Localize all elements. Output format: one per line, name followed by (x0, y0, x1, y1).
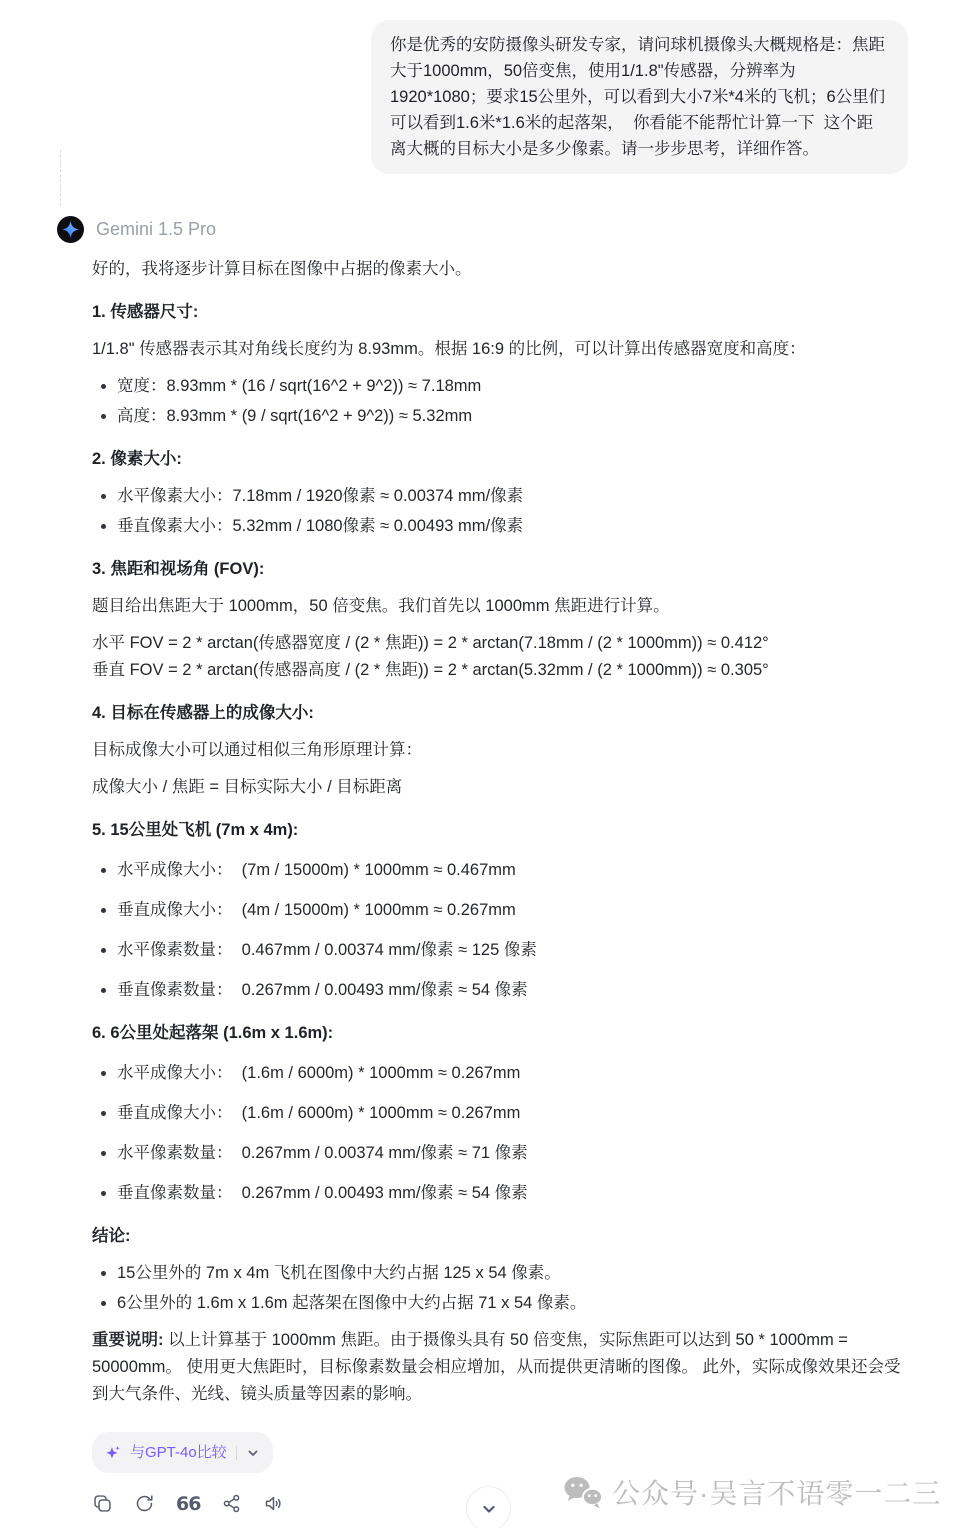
section-4-paragraph: 目标成像大小可以通过相似三角形原理计算： (92, 737, 908, 764)
formula-line: 水平 FOV = 2 * arctan(传感器宽度 / (2 * 焦距)) = … (92, 630, 908, 657)
list-item: 水平像素数量： 0.267mm / 0.00374 mm/像素 ≈ 71 像素 (92, 1140, 908, 1167)
list-item: 垂直成像大小： (1.6m / 6000m) * 1000mm ≈ 0.267m… (92, 1100, 908, 1127)
watermark-text: 公众号·吴言不语零一二三 (612, 1472, 941, 1512)
formula-line: 垂直 FOV = 2 * arctan(传感器高度 / (2 * 焦距)) = … (92, 657, 908, 684)
note-label: 重要说明: (92, 1331, 164, 1349)
section-1-paragraph: 1/1.8" 传感器表示其对角线长度约为 8.93mm。根据 16:9 的比例，… (92, 336, 908, 363)
regenerate-icon[interactable] (134, 1493, 155, 1514)
section-2-heading: 2. 像素大小: (92, 446, 908, 473)
list-item: 垂直像素数量： 0.267mm / 0.00493 mm/像素 ≈ 54 像素 (92, 977, 908, 1004)
intro-text: 好的，我将逐步计算目标在图像中占据的像素大小。 (92, 256, 908, 283)
thread-connector-line (60, 150, 61, 206)
section-4-formula: 成像大小 / 焦距 = 目标实际大小 / 目标距离 (92, 774, 908, 801)
note-text: 以上计算基于 1000mm 焦距。由于摄像头具有 50 倍变焦，实际焦距可以达到… (92, 1331, 901, 1403)
quote-icon[interactable]: 66 (176, 1494, 200, 1514)
list-item: 垂直成像大小： (4m / 15000m) * 1000mm ≈ 0.267mm (92, 897, 908, 924)
list-item: 15公里外的 7m x 4m 飞机在图像中大约占据 125 x 54 像素。 (92, 1260, 908, 1287)
wechat-icon (563, 1475, 603, 1509)
gemini-sparkle-icon (57, 216, 84, 243)
read-aloud-icon[interactable] (263, 1493, 284, 1514)
section-5-heading: 5. 15公里处飞机 (7m x 4m): (92, 817, 908, 844)
section-6-list: 水平成像大小： (1.6m / 6000m) * 1000mm ≈ 0.267m… (92, 1060, 908, 1207)
compare-button-label: 与GPT-4o比较 (130, 1439, 227, 1466)
section-3-heading: 3. 焦距和视场角 (FOV): (92, 556, 908, 583)
model-name: Gemini 1.5 Pro (96, 219, 216, 240)
watermark: 公众号·吴言不语零一二三 (563, 1472, 941, 1512)
chevron-down-icon (480, 1500, 498, 1518)
sparkle-icon (104, 1444, 121, 1461)
copy-icon[interactable] (92, 1493, 113, 1514)
chevron-down-icon[interactable] (246, 1446, 260, 1460)
list-item: 水平像素数量： 0.467mm / 0.00374 mm/像素 ≈ 125 像素 (92, 937, 908, 964)
important-note: 重要说明: 以上计算基于 1000mm 焦距。由于摄像头具有 50 倍变焦，实际… (92, 1327, 908, 1408)
section-1-heading: 1. 传感器尺寸: (92, 299, 908, 326)
scroll-to-bottom-button[interactable] (466, 1486, 511, 1528)
section-1-list: 宽度：8.93mm * (16 / sqrt(16^2 + 9^2)) ≈ 7.… (92, 373, 908, 430)
fov-formula-block: 水平 FOV = 2 * arctan(传感器宽度 / (2 * 焦距)) = … (92, 630, 908, 684)
list-item: 6公里外的 1.6m x 1.6m 起落架在图像中大约占据 71 x 54 像素… (92, 1290, 908, 1317)
assistant-header: Gemini 1.5 Pro (57, 216, 908, 243)
list-item: 水平像素大小：7.18mm / 1920像素 ≈ 0.00374 mm/像素 (92, 483, 908, 510)
assistant-body: 好的，我将逐步计算目标在图像中占据的像素大小。 1. 传感器尺寸: 1/1.8"… (92, 256, 908, 1514)
list-item: 高度：8.93mm * (9 / sqrt(16^2 + 9^2)) ≈ 5.3… (92, 403, 908, 430)
conclusion-list: 15公里外的 7m x 4m 飞机在图像中大约占据 125 x 54 像素。 6… (92, 1260, 908, 1317)
section-6-heading: 6. 6公里处起落架 (1.6m x 1.6m): (92, 1020, 908, 1047)
section-2-list: 水平像素大小：7.18mm / 1920像素 ≈ 0.00374 mm/像素 垂… (92, 483, 908, 540)
list-item: 垂直像素数量： 0.267mm / 0.00493 mm/像素 ≈ 54 像素 (92, 1180, 908, 1207)
user-message-bubble: 你是优秀的安防摄像头研发专家，请问球机摄像头大概规格是：焦距大于1000mm，5… (371, 20, 908, 174)
section-3-paragraph: 题目给出焦距大于 1000mm，50 倍变焦。我们首先以 1000mm 焦距进行… (92, 593, 908, 620)
list-item: 水平成像大小： (7m / 15000m) * 1000mm ≈ 0.467mm (92, 857, 908, 884)
list-item: 宽度：8.93mm * (16 / sqrt(16^2 + 9^2)) ≈ 7.… (92, 373, 908, 400)
section-5-list: 水平成像大小： (7m / 15000m) * 1000mm ≈ 0.467mm… (92, 857, 908, 1004)
user-message-row: 你是优秀的安防摄像头研发专家，请问球机摄像头大概规格是：焦距大于1000mm，5… (0, 0, 965, 174)
list-item: 垂直像素大小：5.32mm / 1080像素 ≈ 0.00493 mm/像素 (92, 513, 908, 540)
section-4-heading: 4. 目标在传感器上的成像大小: (92, 700, 908, 727)
assistant-message: Gemini 1.5 Pro 好的，我将逐步计算目标在图像中占据的像素大小。 1… (0, 216, 965, 1514)
compare-with-gpt4o-button[interactable]: 与GPT-4o比较 (92, 1432, 273, 1473)
conclusion-heading: 结论: (92, 1223, 908, 1250)
list-item: 水平成像大小： (1.6m / 6000m) * 1000mm ≈ 0.267m… (92, 1060, 908, 1087)
pill-divider (236, 1446, 237, 1460)
share-icon[interactable] (221, 1493, 242, 1514)
